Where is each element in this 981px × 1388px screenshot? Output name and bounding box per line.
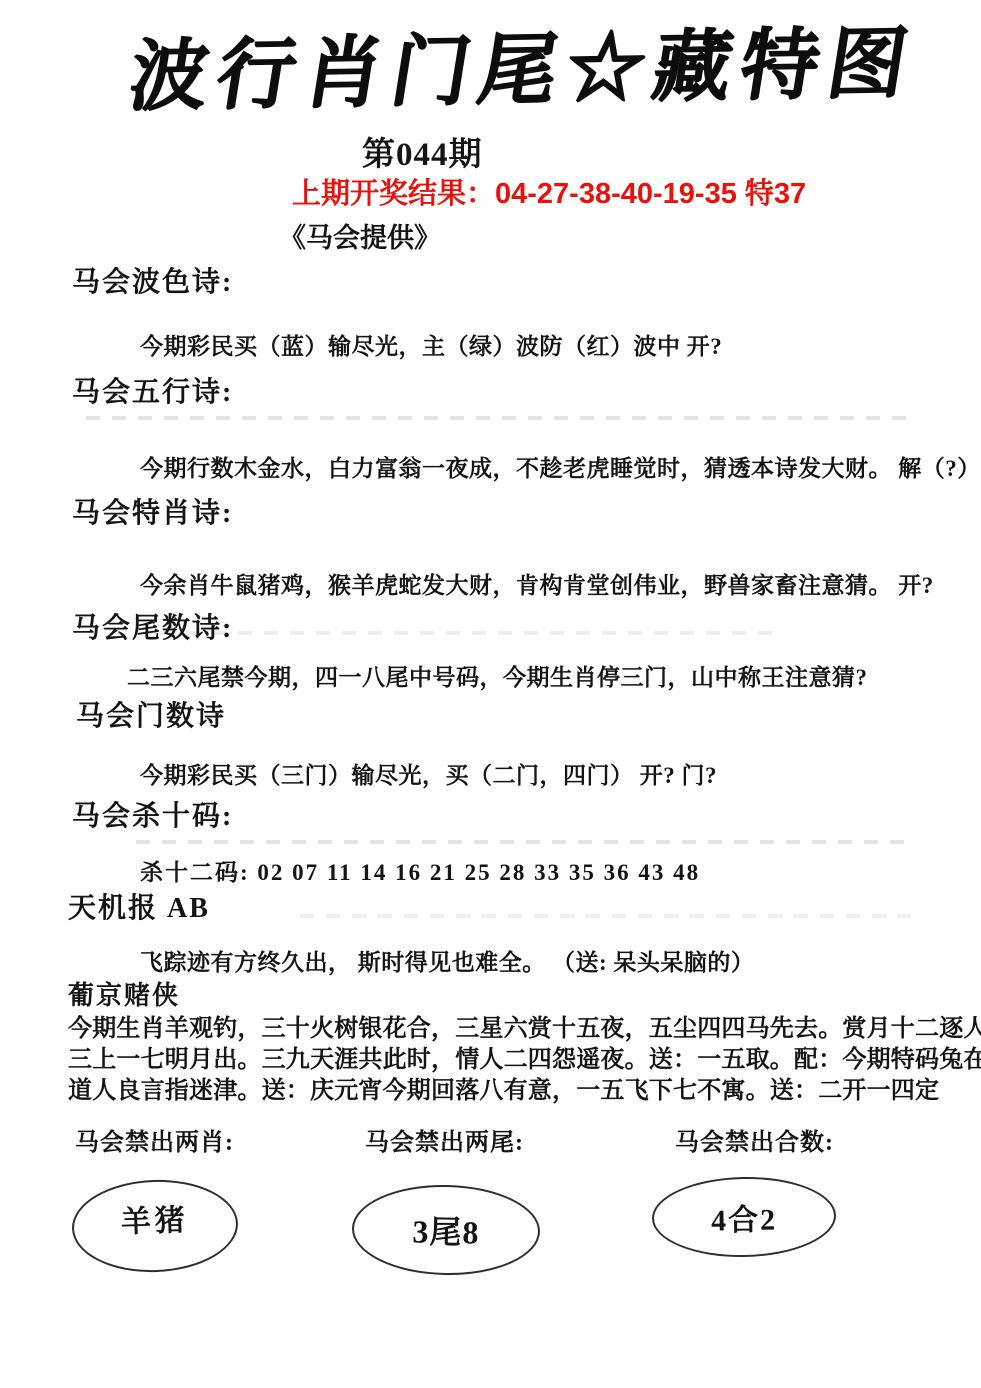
heading-menshu-poem: 马会门数诗 xyxy=(76,694,226,734)
heading-texiao-poem: 马会特肖诗: xyxy=(72,491,233,531)
content-weishu-poem: 二三六尾禁今期，四一八尾中号码，今期生肖停三门，山中称王注意猜? xyxy=(127,659,868,692)
content-tianjibao: 飞踪迹有方终久出， 斯时得见也难全。 （送: 呆头呆脑的） xyxy=(140,944,754,977)
heading-tianjibao: 天机报 AB xyxy=(68,886,210,926)
pujing-line: 今期生肖羊观钓，三十火树银花合，三星六赏十五夜，五尘四四马先去。赏月十二逐人来， xyxy=(68,1008,981,1043)
scan-artifact-line xyxy=(136,840,910,844)
forbidden-two-zodiac-value: 羊猪 xyxy=(120,1195,189,1241)
pujing-line: 三上一七明月出。三九天涯共此时，情人二四怨遥夜。送：一五取。配：今期特码兔在跳， xyxy=(68,1039,981,1074)
last-draw-result: 上期开奖结果：04-27-38-40-19-35 特37 xyxy=(292,171,806,212)
forbidden-two-tails-value: 3尾8 xyxy=(412,1206,480,1253)
forbidden-sum-value: 4合2 xyxy=(711,1194,778,1239)
page-title: 波行肖门尾☆藏特图 xyxy=(122,0,925,126)
forbidden-two-tails-label: 马会禁出两尾: xyxy=(365,1122,524,1157)
content-kill-codes: 杀十二码: 02 07 11 14 16 21 25 28 33 35 36 4… xyxy=(140,854,700,887)
content-menshu-poem: 今期彩民买（三门）输尽光，买（二门，四门） 开? 门? xyxy=(140,757,717,790)
content-texiao-poem: 今余肖牛鼠猪鸡，猴羊虎蛇发大财，肯构肯堂创伟业，野兽家畜注意猜。 开? xyxy=(140,567,934,600)
pujing-line: 道人良言指迷津。送：庆元宵今期回落八有意，一五飞下七不寓。送：二开一四定 xyxy=(68,1070,939,1105)
forbidden-two-zodiac-label: 马会禁出两肖: xyxy=(75,1122,234,1157)
heading-wuxing-poem: 马会五行诗: xyxy=(72,370,233,410)
scan-artifact-line xyxy=(300,914,910,918)
forbidden-two-zodiac-oval: 羊猪 xyxy=(70,1177,239,1275)
forbidden-sum-label: 马会禁出合数: xyxy=(675,1122,834,1157)
heading-pujing-duxia: 葡京赌侠 xyxy=(68,975,180,1012)
provider-note: 《马会提供》 xyxy=(279,216,441,255)
issue-number: 第044期 xyxy=(362,128,483,175)
scan-artifact-line xyxy=(86,416,914,420)
heading-kill-codes: 马会杀十码: xyxy=(72,794,233,834)
heading-bose-poem: 马会波色诗: xyxy=(72,260,233,300)
forbidden-sum-oval: 4合2 xyxy=(651,1175,836,1258)
tip-sheet-page: 波行肖门尾☆藏特图 第044期 上期开奖结果：04-27-38-40-19-35… xyxy=(0,0,981,1388)
content-wuxing-poem: 今期行数木金水，白力富翁一夜成，不趁老虎睡觉时，猜透本诗发大财。 解（?） xyxy=(140,450,981,483)
content-bose-poem: 今期彩民买（蓝）输尽光，主（绿）波防（红）波中 开? xyxy=(140,328,722,361)
forbidden-two-tails-oval: 3尾8 xyxy=(351,1183,541,1276)
heading-weishu-poem: 马会尾数诗: xyxy=(72,606,233,646)
scan-artifact-line xyxy=(160,631,780,635)
